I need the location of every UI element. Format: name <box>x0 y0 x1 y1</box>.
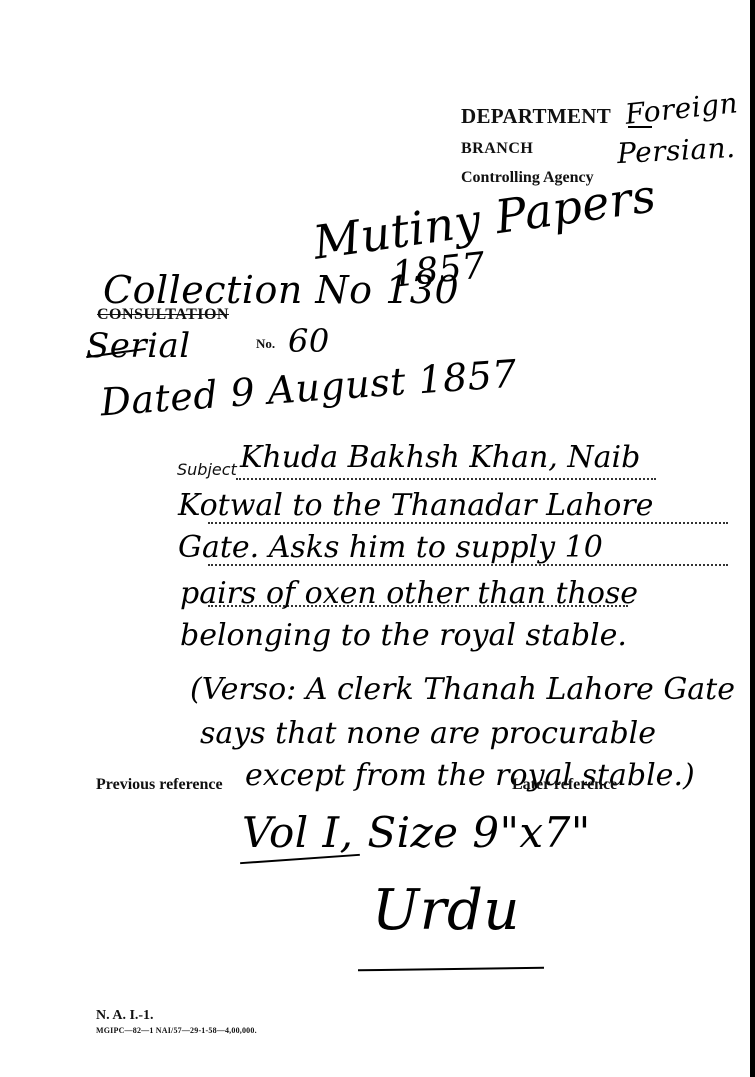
branch-label: BRANCH <box>461 140 533 158</box>
later-reference-label: Later reference <box>512 776 617 794</box>
branch-value: Persian. <box>616 131 736 170</box>
number-label: No. <box>256 336 275 352</box>
document-page: DEPARTMENT Foreign BRANCH Persian. Contr… <box>0 0 750 1077</box>
subject-line-5: belonging to the royal stable. <box>180 618 627 653</box>
subject-label: Subject <box>177 460 237 479</box>
volume-size: Vol I, Size 9"x7" <box>242 808 591 857</box>
subject-line-4: pairs of oxen other than those <box>180 576 638 611</box>
serial-number: 60 <box>288 322 330 360</box>
subject-line-3: Gate. Asks him to supply 10 <box>178 530 603 565</box>
department-label: DEPARTMENT <box>461 104 611 129</box>
subject-line-6: (Verso: A clerk Thanah Lahore Gate <box>190 672 735 707</box>
serial-label: Serial <box>86 326 191 366</box>
subject-line-7: says that none are procurable <box>200 716 656 751</box>
previous-reference-label: Previous reference <box>96 776 223 794</box>
subject-line-1: Khuda Bakhsh Khan, Naib <box>240 440 640 475</box>
language-value: Urdu <box>372 878 520 943</box>
print-code: MGIPC—82—1 NAI/57—29-1-58—4,00,000. <box>96 1026 257 1035</box>
subject-line-2: Kotwal to the Thanadar Lahore <box>178 488 653 523</box>
department-value: Foreign <box>624 86 740 131</box>
language-underline <box>358 967 544 972</box>
scan-edge-bar <box>750 0 755 1077</box>
consultation-label: CONSULTATION <box>97 306 229 324</box>
subject-line-8: except from the royal stable.) <box>245 758 695 793</box>
form-number: N. A. I.-1. <box>96 1008 154 1024</box>
subject-dotted-line <box>236 478 656 480</box>
